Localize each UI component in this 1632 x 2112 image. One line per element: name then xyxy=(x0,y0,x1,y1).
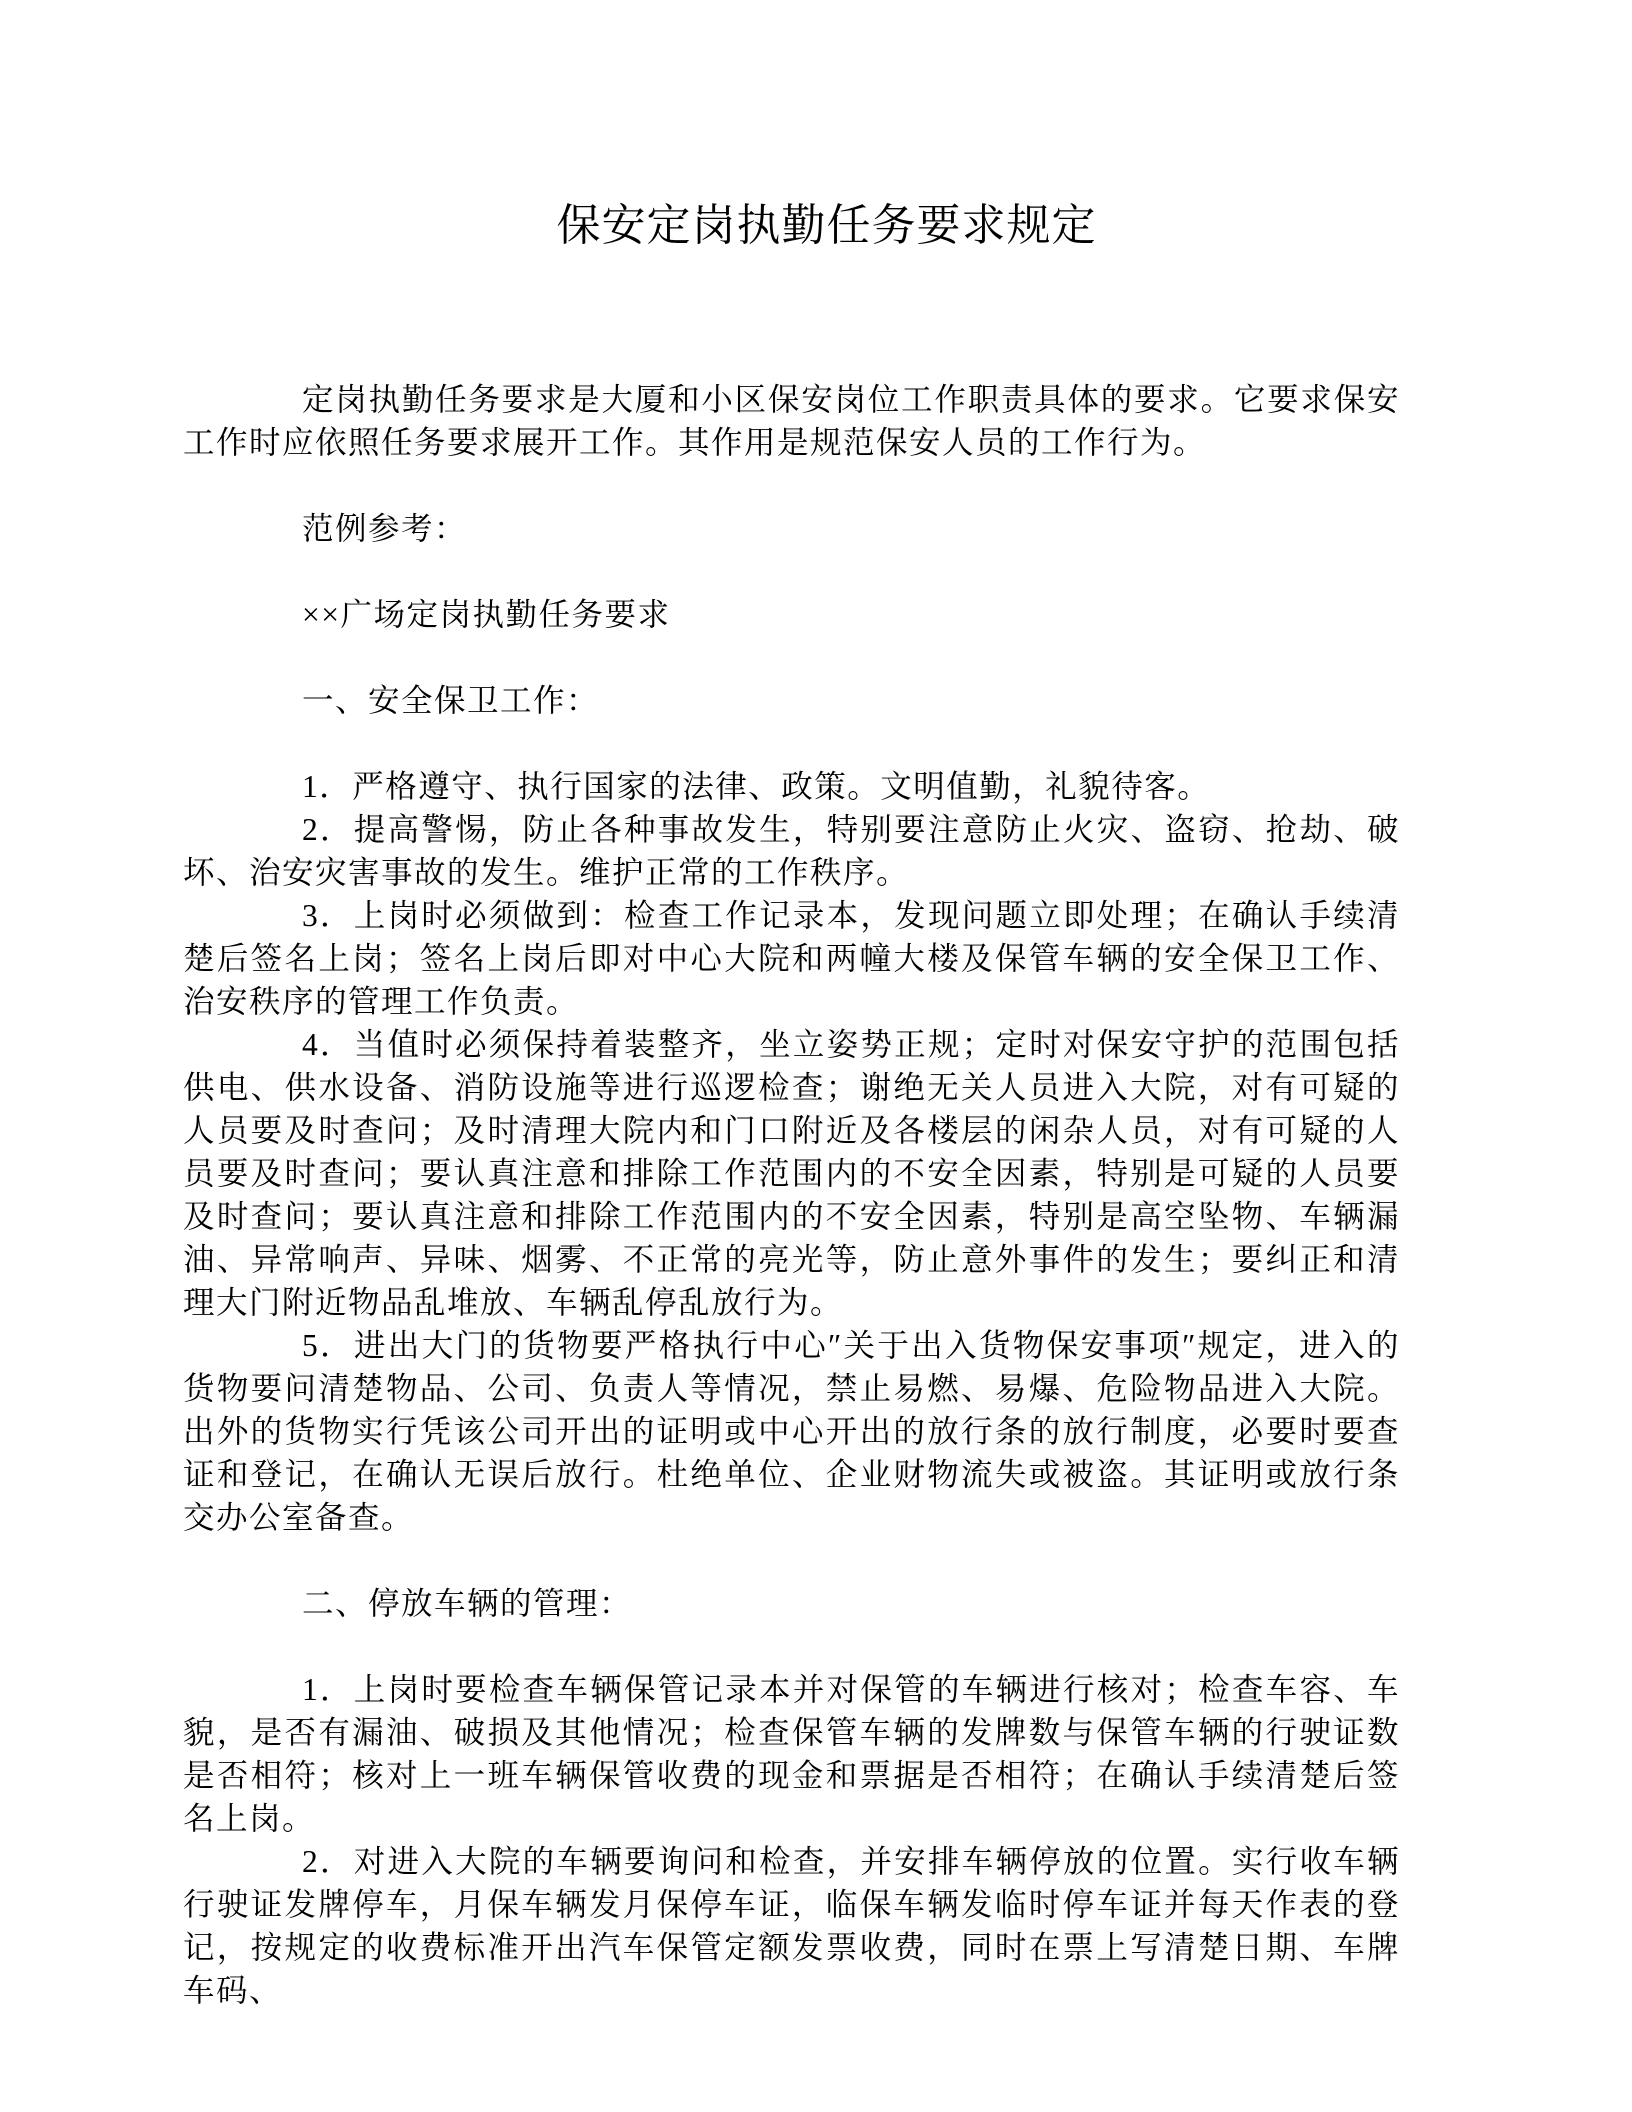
document-title: 保安定岗执勤任务要求规定 xyxy=(253,200,1400,252)
section-2-item-2: 2．对进入大院的车辆要询问和检查，并安排车辆停放的位置。实行收车辆行驶证发牌停车… xyxy=(183,1840,1400,2012)
section-1-item-1: 1．严格遵守、执行国家的法律、政策。文明值勤，礼貌待客。 xyxy=(183,765,1400,808)
intro-paragraph: 定岗执勤任务要求是大厦和小区保安岗位工作职责具体的要求。它要求保安工作时应依照任… xyxy=(183,378,1400,464)
section-1-heading: 一、安全保卫工作： xyxy=(183,679,1400,722)
section-1-item-2: 2．提高警惕，防止各种事故发生，特别要注意防止火灾、盗窃、抢劫、破坏、治安灾害事… xyxy=(183,808,1400,894)
section-2-item-1: 1．上岗时要检查车辆保管记录本并对保管的车辆进行核对；检查车容、车貌，是否有漏油… xyxy=(183,1668,1400,1840)
section-1-item-3: 3．上岗时必须做到：检查工作记录本，发现问题立即处理；在确认手续清楚后签名上岗；… xyxy=(183,894,1400,1023)
document-page: 保安定岗执勤任务要求规定 定岗执勤任务要求是大厦和小区保安岗位工作职责具体的要求… xyxy=(0,0,1632,2112)
section-2-heading: 二、停放车辆的管理： xyxy=(183,1582,1400,1625)
sample-reference-label: 范例参考： xyxy=(183,507,1400,550)
section-1-item-4: 4．当值时必须保持着装整齐，坐立姿势正规；定时对保安守护的范围包括供电、供水设备… xyxy=(183,1023,1400,1324)
section-1-item-5: 5．进出大门的货物要严格执行中心″关于出入货物保安事项″规定，进入的货物要问清楚… xyxy=(183,1324,1400,1539)
sample-title: ××广场定岗执勤任务要求 xyxy=(183,593,1400,636)
